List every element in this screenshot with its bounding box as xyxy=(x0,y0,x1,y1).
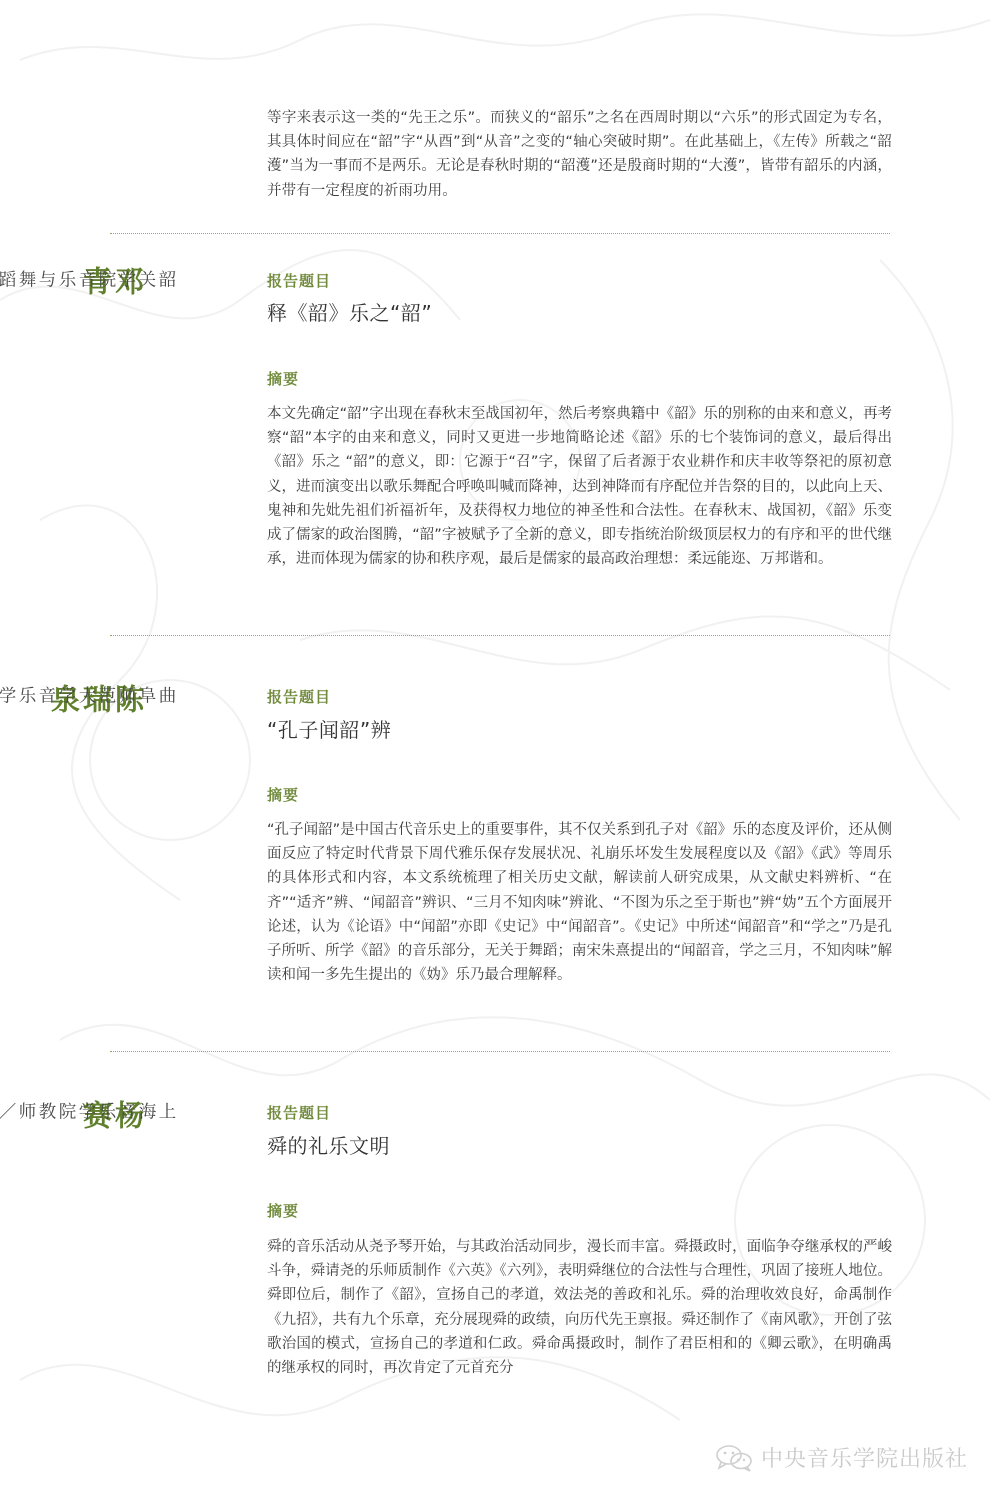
publisher-name: 中央音乐学院出版社 xyxy=(761,1442,968,1473)
publisher-watermark: 中央音乐学院出版社 xyxy=(715,1442,968,1473)
abstract-label: 摘要 xyxy=(267,368,299,389)
report-title-label: 报告题目 xyxy=(267,686,331,707)
abstract-text: 本文先确定“韶”字出现在春秋末至战国初年，然后考察典籍中《韶》乐的别称的由来和意… xyxy=(267,402,892,571)
report-title: 舜的礼乐文明 xyxy=(267,1130,390,1159)
speaker-affiliation: 上海音乐学院教师／研究员 xyxy=(154,1102,176,1120)
section-divider xyxy=(110,1051,890,1052)
report-title: “孔子闻韶”辨 xyxy=(267,714,391,743)
document-page: 等字来表示这一类的“先王之乐”。而狭义的“韶乐”之名在西周时期以“六乐”的形式固… xyxy=(0,0,1000,1500)
wechat-icon xyxy=(715,1443,755,1473)
report-title-label: 报告题目 xyxy=(267,1102,331,1123)
abstract-text: “孔子闻韶”是中国古代音乐史上的重要事件，其不仅关系到孔子对《韶》乐的态度及评价… xyxy=(267,818,892,987)
section-divider xyxy=(110,233,890,234)
abstract-label: 摘要 xyxy=(267,784,299,805)
report-title-label: 报告题目 xyxy=(267,270,331,291)
speaker-affiliation: 曲阜师范大学音乐学院副院长／副教授 xyxy=(154,686,176,704)
abstract-label: 摘要 xyxy=(267,1200,299,1221)
section-divider xyxy=(110,635,890,636)
report-title: 释《韶》乐之“韶” xyxy=(267,297,432,326)
abstract-text: 舜的音乐活动从尧予琴开始，与其政治活动同步，漫长而丰富。舜摄政时，面临争夺继承权… xyxy=(267,1235,892,1380)
speaker-affiliation: 韶关学院音乐与舞蹈学院副教授 xyxy=(154,270,176,288)
intro-paragraph: 等字来表示这一类的“先王之乐”。而狭义的“韶乐”之名在西周时期以“六乐”的形式固… xyxy=(267,106,892,203)
